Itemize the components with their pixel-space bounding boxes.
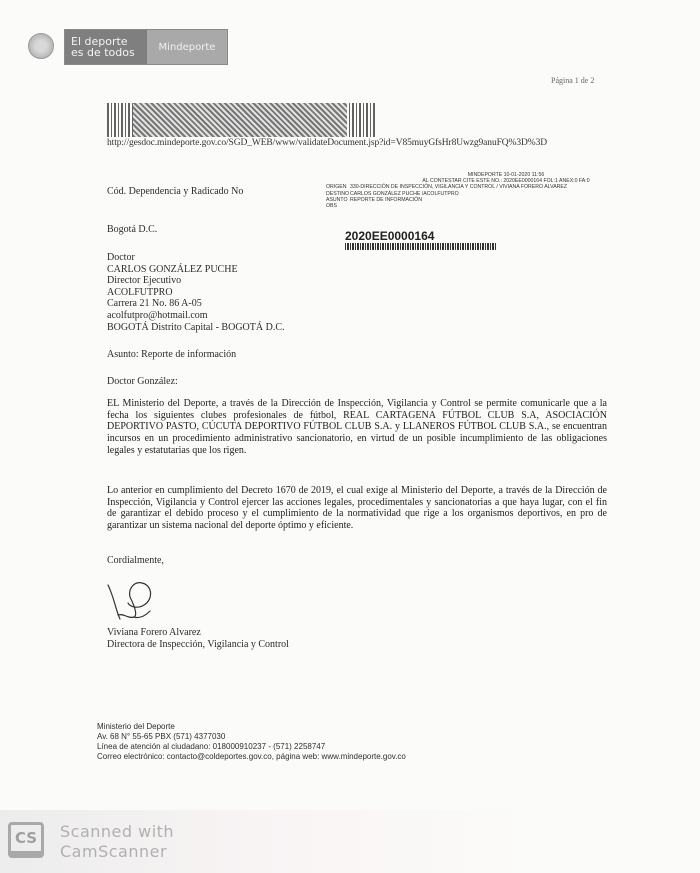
letter-subject: Asunto: Reporte de información — [107, 349, 236, 360]
mindeporte-logo: El deporte es de todos Mindeporte — [64, 29, 228, 65]
page-number: Página 1 de 2 — [551, 76, 594, 85]
colombia-coat-of-arms-icon — [28, 33, 54, 59]
letter-closing: Cordialmente, — [107, 555, 164, 566]
radicado-number: 2020EE0000164 — [345, 229, 434, 243]
recipient-block: Doctor CARLOS GONZÁLEZ PUCHE Director Ej… — [107, 252, 285, 333]
camscanner-text: Scanned with CamScanner — [60, 822, 174, 862]
letter-salutation: Doctor González: — [107, 376, 178, 387]
validation-url: http://gesdoc.mindeporte.gov.co/SGD_WEB/… — [107, 138, 547, 148]
letter-city: Bogotá D.C. — [107, 224, 157, 235]
logo-brand: Mindeporte — [147, 30, 227, 64]
camscanner-logo-icon: CS — [8, 822, 44, 858]
handwritten-signature-icon — [104, 575, 164, 625]
validation-barcode — [107, 103, 375, 137]
radicado-barcode — [345, 243, 497, 250]
body-paragraph-2: Lo anterior en cumplimiento del Decreto … — [107, 485, 607, 532]
ministry-footer: Ministerio del Deporte Av. 68 N° 55-65 P… — [97, 722, 406, 762]
camscanner-watermark: CS Scanned with CamScanner — [0, 810, 700, 873]
logo-slogan: El deporte es de todos — [65, 30, 147, 64]
filing-stamp: MINDEPORTE 10-01-2020 11:56 Al Contestar… — [326, 172, 686, 209]
body-paragraph-1: EL Ministerio del Deporte, a través de l… — [107, 398, 607, 457]
scanned-letter-page: El deporte es de todos Mindeporte Página… — [0, 0, 700, 873]
signer-block: Viviana Forero Alvarez Directora de Insp… — [107, 627, 289, 651]
dependency-code-label: Cód. Dependencia y Radicado No — [107, 186, 243, 197]
